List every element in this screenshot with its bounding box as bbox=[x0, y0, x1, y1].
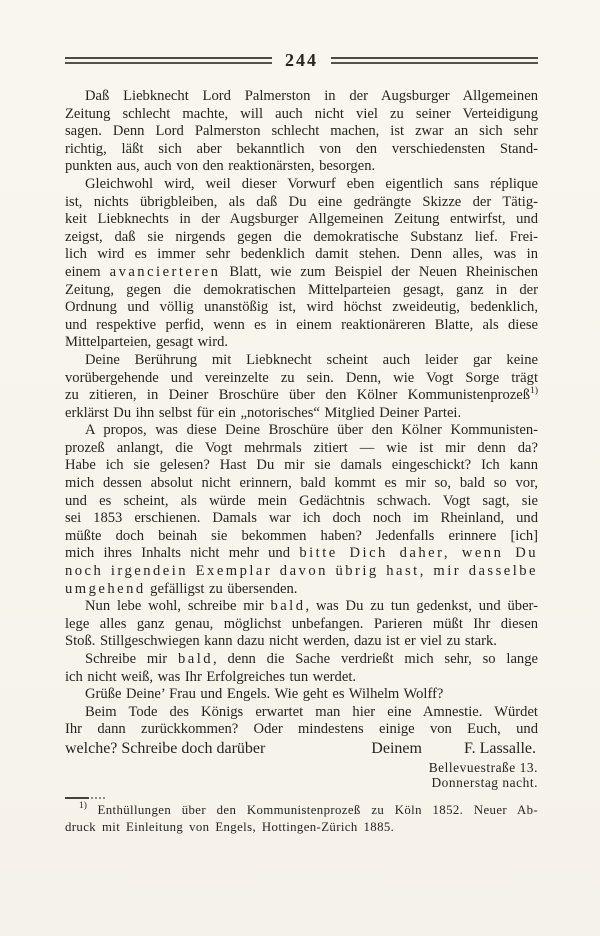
text-line: und respektive perfid, wenn es in einem … bbox=[65, 317, 538, 335]
paragraph: Schreibe mir bald, denn die Sache verdri… bbox=[65, 651, 538, 686]
text-segment: einem bbox=[65, 264, 110, 280]
valediction: Deinem bbox=[371, 740, 422, 758]
text-segment: prozeß anlangt, die Vogt mehrmals zitier… bbox=[65, 440, 538, 456]
emphasized-text: avancierteren bbox=[110, 264, 221, 280]
footnote-text: 1) Enthüllungen über den Kommunistenproz… bbox=[65, 802, 538, 836]
text-segment: Habe ich sie gelesen? Hast Du mir sie da… bbox=[65, 457, 538, 473]
text-segment: gefälligst zu übersenden. bbox=[146, 581, 298, 597]
footnote-separator bbox=[65, 797, 538, 801]
text-segment: lege alles ganz genau, möglichst unbefan… bbox=[65, 616, 538, 632]
text-segment: mich dessen absolut nicht erinnern, bald… bbox=[65, 475, 538, 491]
text-segment: Stoß. Stillgeschwiegen kann dazu nicht w… bbox=[65, 633, 497, 649]
text-segment: keit Liebknechts in der Augsburger Allge… bbox=[65, 211, 538, 227]
text-line: Ordnung und völlig unanstößig ist, wird … bbox=[65, 299, 538, 317]
book-page: 244 Daß Liebknecht Lord Palmerston in de… bbox=[0, 0, 600, 936]
paragraph: Daß Liebknecht Lord Palmerston in der Au… bbox=[65, 88, 538, 176]
text-line: mich dessen absolut nicht erinnern, bald… bbox=[65, 475, 538, 493]
text-line: Zeitung schlecht machte, will auch nicht… bbox=[65, 106, 538, 124]
footnote-marker: 1) bbox=[79, 801, 87, 811]
paragraph: A propos, was diese Deine Broschüre über… bbox=[65, 422, 538, 598]
text-segment: Beim Tode des Königs erwartet man hier e… bbox=[85, 704, 538, 720]
text-line: druck mit Einleitung von Engels, Hotting… bbox=[65, 819, 538, 836]
text-line: und es scheint, als würde mein Gedächtni… bbox=[65, 493, 538, 511]
text-segment: vorübergehende und vereinzelte zu sein. … bbox=[65, 370, 538, 386]
text-line: Ihr dann zurückkommen? Oder mindestens e… bbox=[65, 721, 538, 739]
text-segment: und es scheint, als würde mein Gedächtni… bbox=[65, 493, 538, 509]
text-segment: zeigst, daß sie nirgends gegen die demok… bbox=[65, 229, 538, 245]
signature-address: Bellevuestraße 13. Donnerstag nacht. bbox=[65, 760, 538, 790]
text-segment: Grüße Deine’ Frau und Engels. Wie geht e… bbox=[85, 686, 443, 702]
text-segment: richtig, läßt sich aber bekanntlich von … bbox=[65, 141, 538, 157]
text-line: keit Liebknechts in der Augsburger Allge… bbox=[65, 211, 538, 229]
text-line: lege alles ganz genau, möglichst unbefan… bbox=[65, 616, 538, 634]
text-segment: Mittelparteien, gesagt wird. bbox=[65, 334, 228, 350]
text-line: Zeitung, gegen die demokratischen Mittel… bbox=[65, 282, 538, 300]
text-line: müßte doch beinah sie bekommen haben? Je… bbox=[65, 528, 538, 546]
paragraph: Grüße Deine’ Frau und Engels. Wie geht e… bbox=[65, 686, 538, 704]
text-line: Deine Berührung mit Liebknecht scheint a… bbox=[65, 352, 538, 370]
text-segment: druck mit Einleitung von Engels, Hotting… bbox=[65, 820, 394, 834]
footnote-marker: 1) bbox=[530, 386, 538, 396]
text-line: 1) Enthüllungen über den Kommunistenproz… bbox=[65, 802, 538, 819]
text-line: Gleichwohl wird, weil dieser Vorwurf ebe… bbox=[65, 176, 538, 194]
text-segment: zu zitieren, in Deiner Broschüre über de… bbox=[65, 387, 530, 403]
text-segment: Ihr dann zurückkommen? Oder mindestens e… bbox=[65, 721, 538, 737]
text-line: Daß Liebknecht Lord Palmerston in der Au… bbox=[65, 88, 538, 106]
paragraph: Beim Tode des Königs erwartet man hier e… bbox=[65, 704, 538, 739]
footnote-separator-dotted bbox=[91, 797, 105, 799]
footnote: 1) Enthüllungen über den Kommunistenproz… bbox=[65, 802, 538, 836]
text-segment: Daß Liebknecht Lord Palmerston in der Au… bbox=[85, 88, 538, 104]
emphasized-text: umgehend bbox=[65, 581, 146, 597]
text-line: einem avancierteren Blatt, wie zum Beisp… bbox=[65, 264, 538, 282]
emphasized-text: noch irgendein Exemplar davon übrig hast… bbox=[65, 563, 538, 579]
text-segment: Enthüllungen über den Kommunistenprozeß … bbox=[87, 803, 538, 817]
page-header: 244 bbox=[65, 52, 538, 68]
signature-name: F. Lassalle. bbox=[464, 740, 536, 758]
text-line: richtig, läßt sich aber bekanntlich von … bbox=[65, 141, 538, 159]
text-line: sei 1853 erschienen. Damals war ich doch… bbox=[65, 510, 538, 528]
text-segment: , denn die Sache verdrießt mich sehr, so… bbox=[213, 651, 538, 667]
text-line: Habe ich sie gelesen? Hast Du mir sie da… bbox=[65, 457, 538, 475]
text-line: Grüße Deine’ Frau und Engels. Wie geht e… bbox=[65, 686, 538, 704]
text-segment: Zeitung schlecht machte, will auch nicht… bbox=[65, 106, 538, 122]
text-segment: sei 1853 erschienen. Damals war ich doch… bbox=[65, 510, 538, 526]
emphasized-text: bitte Dich daher, wenn Du bbox=[299, 545, 538, 561]
footnote-separator-solid bbox=[65, 797, 89, 799]
text-line: Beim Tode des Königs erwartet man hier e… bbox=[65, 704, 538, 722]
text-segment: erklärst Du ihn selbst für ein „notorisc… bbox=[65, 405, 461, 421]
text-line: mich ihres Inhalts nicht mehr und bitte … bbox=[65, 545, 538, 563]
text-segment: sagen. Denn Lord Palmerston schlecht mac… bbox=[65, 123, 538, 139]
paragraph: Deine Berührung mit Liebknecht scheint a… bbox=[65, 352, 538, 422]
text-line: prozeß anlangt, die Vogt mehrmals zitier… bbox=[65, 440, 538, 458]
closing-row: welche? Schreibe doch darüber Deinem F. … bbox=[65, 740, 538, 758]
text-segment: A propos, was diese Deine Broschüre über… bbox=[85, 422, 538, 438]
text-segment: Deine Berührung mit Liebknecht scheint a… bbox=[85, 352, 538, 368]
text-segment: Nun lebe wohl, schreibe mir bbox=[85, 598, 270, 614]
text-line: noch irgendein Exemplar davon übrig hast… bbox=[65, 563, 538, 581]
text-segment: Schreibe mir bbox=[85, 651, 178, 667]
text-line: umgehend gefälligst zu übersenden. bbox=[65, 581, 538, 599]
text-segment: Blatt, wie zum Beispiel der Neuen Rheini… bbox=[220, 264, 538, 280]
text-line: Mittelparteien, gesagt wird. bbox=[65, 334, 538, 352]
emphasized-text: bald bbox=[178, 651, 213, 667]
page-number: 244 bbox=[285, 52, 318, 68]
text-line: sagen. Denn Lord Palmerston schlecht mac… bbox=[65, 123, 538, 141]
address-line-2: Donnerstag nacht. bbox=[65, 775, 538, 790]
text-segment: Gleichwohl wird, weil dieser Vorwurf ebe… bbox=[85, 176, 538, 192]
text-line: vorübergehende und vereinzelte zu sein. … bbox=[65, 370, 538, 388]
paragraph: Nun lebe wohl, schreibe mir bald, was Du… bbox=[65, 598, 538, 651]
text-segment: müßte doch beinah sie bekommen haben? Je… bbox=[65, 528, 538, 544]
text-line: erklärst Du ihn selbst für ein „notorisc… bbox=[65, 405, 538, 423]
text-line: zeigst, daß sie nirgends gegen die demok… bbox=[65, 229, 538, 247]
text-line: Stoß. Stillgeschwiegen kann dazu nicht w… bbox=[65, 633, 538, 651]
text-line: lich wird es immer sehr bedenklich damit… bbox=[65, 246, 538, 264]
address-line-1: Bellevuestraße 13. bbox=[65, 760, 538, 775]
text-segment: Ordnung und völlig unanstößig ist, wird … bbox=[65, 299, 538, 315]
text-line: Nun lebe wohl, schreibe mir bald, was Du… bbox=[65, 598, 538, 616]
text-segment: ich nicht weiß, was Ihr Erfolgreiches tu… bbox=[65, 669, 356, 685]
paragraph: Gleichwohl wird, weil dieser Vorwurf ebe… bbox=[65, 176, 538, 352]
text-segment: lich wird es immer sehr bedenklich damit… bbox=[65, 246, 538, 262]
emphasized-text: bald bbox=[270, 598, 305, 614]
letter-body: Daß Liebknecht Lord Palmerston in der Au… bbox=[65, 88, 538, 739]
closing-text: welche? Schreibe doch darüber bbox=[65, 740, 265, 758]
header-rule-right bbox=[331, 57, 538, 64]
text-line: zu zitieren, in Deiner Broschüre über de… bbox=[65, 387, 538, 405]
text-segment: mich ihres Inhalts nicht mehr und bbox=[65, 545, 299, 561]
text-line: ich nicht weiß, was Ihr Erfolgreiches tu… bbox=[65, 669, 538, 687]
text-line: Schreibe mir bald, denn die Sache verdri… bbox=[65, 651, 538, 669]
header-rule-left bbox=[65, 57, 272, 64]
text-segment: , was Du zu tun gedenkst, und über- bbox=[306, 598, 539, 614]
text-line: A propos, was diese Deine Broschüre über… bbox=[65, 422, 538, 440]
text-segment: und respektive perfid, wenn es in einem … bbox=[65, 317, 538, 333]
text-line: ist, nichts übrigbleiben, als daß Du ein… bbox=[65, 194, 538, 212]
text-line: punkten aus, auch von den reaktionärsten… bbox=[65, 158, 538, 176]
text-segment: ist, nichts übrigbleiben, als daß Du ein… bbox=[65, 194, 538, 210]
text-segment: punkten aus, auch von den reaktionärsten… bbox=[65, 158, 375, 174]
text-segment: Zeitung, gegen die demokratischen Mittel… bbox=[65, 282, 538, 298]
